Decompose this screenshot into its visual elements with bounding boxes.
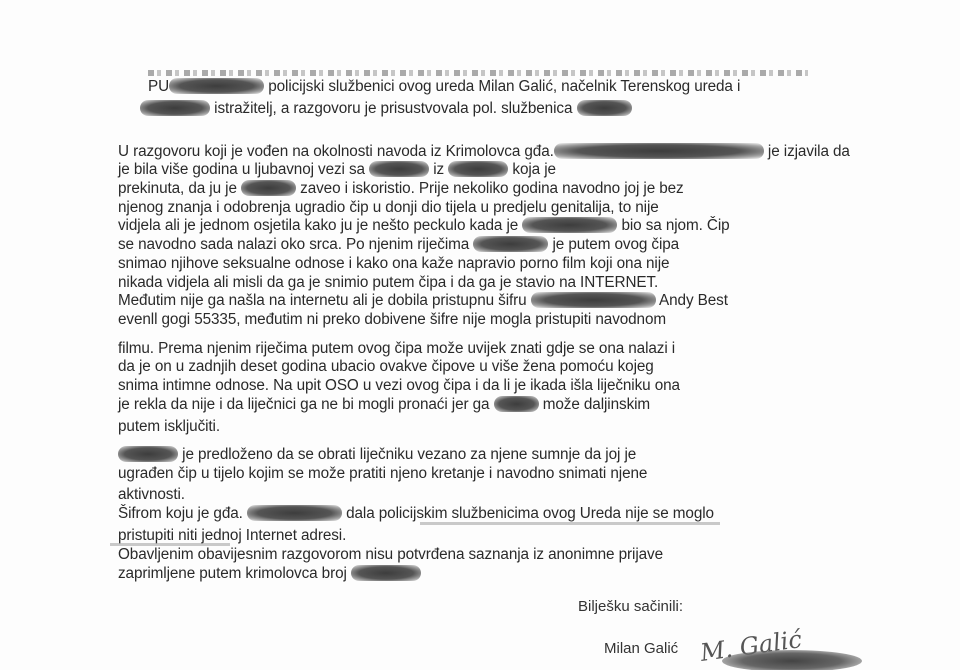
document-line: ugrađen čip u tijelo kojim se može prati… bbox=[118, 465, 647, 483]
line-text: može daljinskim bbox=[539, 396, 650, 413]
redaction-mark bbox=[554, 143, 764, 159]
document-line: filmu. Prema njenim riječima putem ovog … bbox=[118, 340, 675, 358]
scan-smudge bbox=[110, 543, 230, 546]
redaction-mark bbox=[351, 565, 421, 581]
document-line: prekinuta, da ju je zavео i iskoristio. … bbox=[118, 180, 684, 198]
line-text: istražitelj, a razgovoru je prisustvoval… bbox=[210, 100, 577, 117]
document-line: se navodno sada nalazi oko srca. Po njen… bbox=[118, 236, 679, 254]
document-line: Međutim nije ga našla na internetu ali j… bbox=[118, 292, 728, 310]
line-text: U razgovoru koji je vođen na okolnosti n… bbox=[118, 143, 554, 160]
line-text: njenog znanja i odobrenja ugradio čip u … bbox=[118, 199, 659, 216]
line-text: zavео i iskoristio. Prije nekoliko godin… bbox=[296, 180, 684, 197]
signature-heading: Bilješku sačinili: bbox=[578, 598, 683, 615]
line-text: bio sa njom. Čip bbox=[617, 217, 729, 234]
line-text: je bila više godina u ljubavnoj vezi sa bbox=[118, 161, 369, 178]
redaction-mark bbox=[247, 505, 342, 521]
document-line: evenll gogi 55335, međutim ni preko dobi… bbox=[118, 311, 666, 329]
document-line: Obavljenim obavijesnim razgovorom nisu p… bbox=[118, 546, 663, 564]
redaction-mark bbox=[140, 100, 210, 116]
document-line: snimao njihove seksualne odnose i kako o… bbox=[118, 255, 669, 273]
redaction-mark bbox=[494, 396, 539, 412]
line-text: pristupiti niti jednoj Internet adresi. bbox=[118, 527, 346, 544]
line-text: je putem ovog čipa bbox=[548, 236, 679, 253]
signatory-name: Milan Galić bbox=[604, 640, 678, 657]
document-line: PU policijski službenici ovog ureda Mila… bbox=[148, 78, 740, 96]
redaction-mark bbox=[577, 100, 632, 116]
document-line: je predloženo da se obrati liječniku vez… bbox=[118, 446, 636, 464]
line-text: ugrađen čip u tijelo kojim se može prati… bbox=[118, 465, 647, 482]
line-text: Šifrom koju je gđa. bbox=[118, 505, 247, 522]
redaction-mark bbox=[473, 236, 548, 252]
line-text: je rekla da nije i da liječnici ga ne bi… bbox=[118, 396, 494, 413]
line-text: iz bbox=[429, 161, 448, 178]
document-line: putem isključiti. bbox=[118, 418, 220, 436]
redaction-mark bbox=[722, 650, 862, 670]
document-line: aktivnosti. bbox=[118, 486, 185, 504]
line-text: evenll gogi 55335, međutim ni preko dobi… bbox=[118, 311, 666, 328]
document-line: da je on u zadnjih deset godina ubacio o… bbox=[118, 358, 654, 376]
line-text: se navodno sada nalazi oko srca. Po njen… bbox=[118, 236, 473, 253]
document-line: njenog znanja i odobrenja ugradio čip u … bbox=[118, 199, 659, 217]
line-text: nikada vidjela ali misli da ga je snimio… bbox=[118, 274, 658, 291]
line-text: policijski službenici ovog ureda Milan G… bbox=[264, 78, 740, 95]
document-line: Šifrom koju je gđa. dala policijskim slu… bbox=[118, 505, 714, 523]
document-line: je rekla da nije i da liječnici ga ne bi… bbox=[118, 396, 650, 414]
document-line: snima intimne odnose. Na upit OSO u vezi… bbox=[118, 377, 680, 395]
document-line: je bila više godina u ljubavnoj vezi sa … bbox=[118, 161, 556, 179]
redaction-mark bbox=[118, 446, 178, 462]
line-text: snima intimne odnose. Na upit OSO u vezi… bbox=[118, 377, 680, 394]
line-text: dala policijskim službenicima ovog Ureda… bbox=[342, 505, 714, 522]
line-text: koja je bbox=[508, 161, 556, 178]
line-text: vidjela ali je jednom osjetila kako ju j… bbox=[118, 217, 522, 234]
document-line: vidjela ali je jednom osjetila kako ju j… bbox=[118, 217, 730, 235]
redaction-mark bbox=[169, 78, 264, 94]
document-line: zaprimljene putem krimolovca broj bbox=[118, 565, 421, 583]
redaction-mark bbox=[241, 180, 296, 196]
redaction-mark bbox=[369, 161, 429, 177]
line-text: Andy Best bbox=[656, 292, 728, 309]
line-text: da je on u zadnjih deset godina ubacio o… bbox=[118, 358, 654, 375]
line-text: PU bbox=[148, 78, 169, 95]
truncated-top-line bbox=[148, 70, 808, 76]
line-text: filmu. Prema njenim riječima putem ovog … bbox=[118, 340, 675, 357]
line-text: putem isključiti. bbox=[118, 418, 220, 435]
redaction-mark bbox=[448, 161, 508, 177]
line-text: zaprimljene putem krimolovca broj bbox=[118, 565, 351, 582]
line-text: Obavljenim obavijesnim razgovorom nisu p… bbox=[118, 546, 663, 563]
scanned-document-page: PU policijski službenici ovog ureda Mila… bbox=[0, 0, 960, 670]
document-line: istražitelj, a razgovoru je prisustvoval… bbox=[140, 100, 632, 118]
redaction-mark bbox=[531, 292, 656, 308]
line-text: je predloženo da se obrati liječniku vez… bbox=[178, 446, 636, 463]
document-line: U razgovoru koji je vođen na okolnosti n… bbox=[118, 143, 850, 161]
redaction-mark bbox=[522, 217, 617, 233]
document-line: nikada vidjela ali misli da ga je snimio… bbox=[118, 274, 658, 292]
scan-smudge bbox=[420, 522, 720, 525]
line-text: prekinuta, da ju je bbox=[118, 180, 241, 197]
line-text: aktivnosti. bbox=[118, 486, 185, 503]
line-text: Međutim nije ga našla na internetu ali j… bbox=[118, 292, 531, 309]
line-text: snimao njihove seksualne odnose i kako o… bbox=[118, 255, 669, 272]
line-text: je izjavila da bbox=[764, 143, 850, 160]
